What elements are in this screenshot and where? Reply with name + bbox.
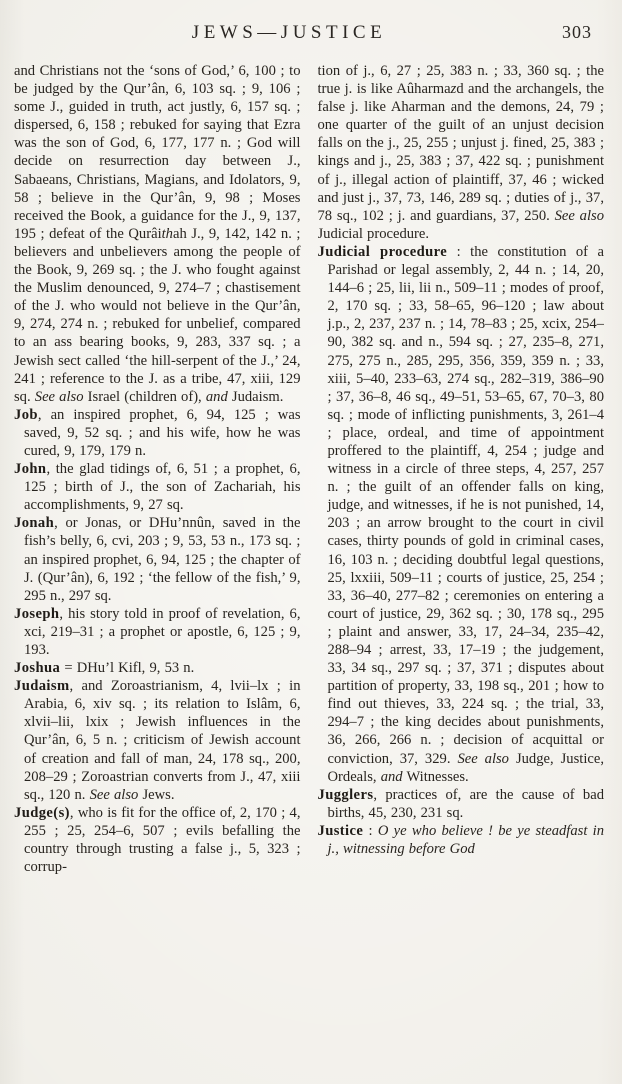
index-entry: Job, an inspired prophet, 6, 94, 125 ; w… bbox=[14, 406, 301, 460]
entry-text: Jews. bbox=[138, 787, 174, 803]
index-entry: Justice : O ye who believe ! be ye stead… bbox=[318, 822, 605, 858]
index-entry: Jugglers, practices of, are the cause of… bbox=[318, 786, 605, 822]
column-right: tion of j., 6, 27 ; 25, 383 n. ; 33, 360… bbox=[318, 62, 605, 876]
entry-text: ah J., 9, 142, 142 n. ; believers and un… bbox=[14, 226, 301, 405]
entry-text: , and Zoroastrianism, 4, lvii–lx ; in Ar… bbox=[24, 678, 301, 803]
index-entry: Judicial procedure : the constitution of… bbox=[318, 243, 605, 786]
entry-headword: Joseph bbox=[14, 606, 59, 622]
index-entry: Joshua = DHu’l Kifl, 9, 53 n. bbox=[14, 659, 301, 677]
entry-headword: Jonah bbox=[14, 515, 54, 531]
scanned-book-page: JEWS—JUSTICE 303 and Christians not the … bbox=[0, 0, 622, 1084]
entry-text: See also bbox=[35, 389, 84, 405]
entry-text: Judaism. bbox=[228, 389, 284, 405]
entry-headword: Judicial procedure bbox=[318, 244, 448, 260]
index-entry: Judge(s), who is fit for the office of, … bbox=[14, 804, 301, 876]
entry-text: Judicial procedure. bbox=[318, 226, 430, 242]
index-entry: Judaism, and Zoroastrianism, 4, lvii–lx … bbox=[14, 677, 301, 804]
entry-text: , or Jonas, or DHu’nnûn, saved in the fi… bbox=[24, 515, 301, 603]
entry-text: , his story told in proof of revelation,… bbox=[24, 606, 301, 658]
entry-text: , the glad tidings of, 6, 51 ; a prophet… bbox=[24, 461, 301, 513]
column-left: and Christians not the ‘sons of God,’ 6,… bbox=[14, 62, 301, 876]
entry-text: Israel (children of), bbox=[84, 389, 206, 405]
entry-text: and bbox=[206, 389, 228, 405]
entry-text: Witnesses. bbox=[403, 769, 469, 785]
entry-text: See also bbox=[457, 751, 509, 767]
entry-headword: Jugglers bbox=[318, 787, 374, 803]
index-entry: John, the glad tidings of, 6, 51 ; a pro… bbox=[14, 460, 301, 514]
entry-headword: Justice bbox=[318, 823, 364, 839]
index-entry-continuation: tion of j., 6, 27 ; 25, 383 n. ; 33, 360… bbox=[318, 62, 605, 243]
page-title: JEWS—JUSTICE bbox=[14, 22, 564, 44]
entry-text: d and the archangels, the false j. like … bbox=[318, 81, 605, 224]
index-entry-continuation: and Christians not the ‘sons of God,’ 6,… bbox=[14, 62, 301, 406]
entry-text: : bbox=[363, 823, 378, 839]
text-columns: and Christians not the ‘sons of God,’ 6,… bbox=[14, 62, 604, 876]
entry-text: th bbox=[162, 226, 173, 242]
entry-headword: John bbox=[14, 461, 46, 477]
entry-text: and bbox=[381, 769, 403, 785]
entry-text: and Christians not the ‘sons of God,’ 6,… bbox=[14, 63, 301, 242]
index-entry: Joseph, his story told in proof of revel… bbox=[14, 605, 301, 659]
running-head: JEWS—JUSTICE 303 bbox=[14, 18, 604, 58]
entry-text: , an inspired prophet, 6, 94, 125 ; was … bbox=[24, 407, 301, 459]
entry-headword: Job bbox=[14, 407, 38, 423]
entry-headword: Judge(s) bbox=[14, 805, 70, 821]
entry-headword: Judaism bbox=[14, 678, 70, 694]
entry-text: See also bbox=[555, 208, 604, 224]
index-entry: Jonah, or Jonas, or DHu’nnûn, saved in t… bbox=[14, 514, 301, 604]
entry-headword: Joshua bbox=[14, 660, 60, 676]
page-number: 303 bbox=[562, 22, 592, 43]
entry-text: See also bbox=[90, 787, 139, 803]
entry-text: : the constitution of a Parishad or lega… bbox=[328, 244, 605, 767]
entry-text: = DHu’l Kifl, 9, 53 n. bbox=[60, 660, 194, 676]
